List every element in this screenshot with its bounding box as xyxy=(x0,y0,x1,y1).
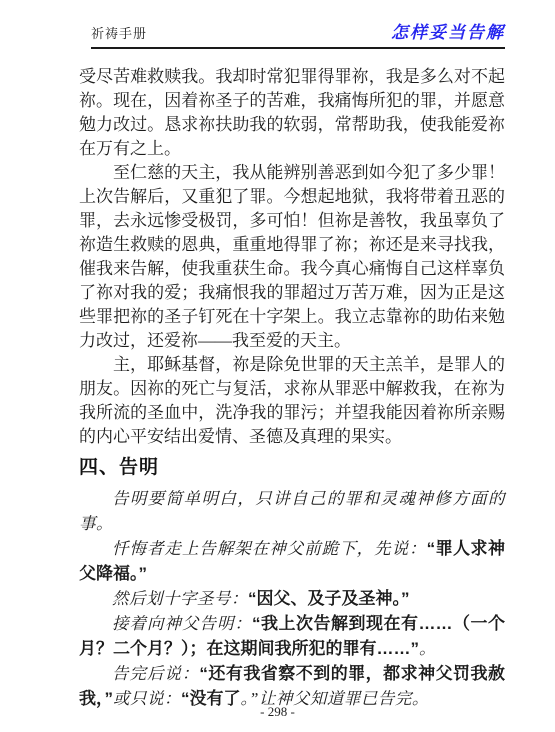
text-run: 然后划十字圣号： xyxy=(112,589,248,608)
section-heading: 四、告明 xyxy=(79,456,505,480)
text-run: 告完后说： xyxy=(112,664,199,683)
text-run: 接着向神父告明： xyxy=(112,614,252,633)
book-title: 祈祷手册 xyxy=(91,23,147,42)
bold-quote-run: “因父、及子及圣神。” xyxy=(248,589,410,608)
header-rule xyxy=(91,47,505,49)
paragraph: 主，耶稣基督，祢是除免世罪的天主羔羊，是罪人的朋友。因祢的死亡与复活，求祢从罪恶… xyxy=(79,353,505,449)
text-run: 至仁慈的天主，我从能辨别善恶到如今犯了多少罪！上次告解后，又重犯了罪。今想起地狱… xyxy=(79,163,505,350)
page-header: 祈祷手册 怎样妥当告解 xyxy=(91,18,505,43)
paragraph: 告明要简单明白，只讲自己的罪和灵魂神修方面的事。 xyxy=(79,486,505,536)
text-run: 主，耶稣基督，祢是除免世罪的天主羔羊，是罪人的朋友。因祢的死亡与复活，求祢从罪恶… xyxy=(79,355,505,446)
paragraph: 忏悔者走上告解架在神父前跪下，先说：“罪人求神父降福。” xyxy=(79,536,505,586)
text-run: 。 xyxy=(419,639,436,658)
document-page: 祈祷手册 怎样妥当告解 受尽苦难救赎我。我却时常犯罪得罪祢，我是多么对不起祢。现… xyxy=(0,0,555,732)
text-run: 受尽苦难救赎我。我却时常犯罪得罪祢，我是多么对不起祢。现在，因着祢圣子的苦难，我… xyxy=(79,67,505,158)
paragraph: 受尽苦难救赎我。我却时常犯罪得罪祢，我是多么对不起祢。现在，因着祢圣子的苦难，我… xyxy=(79,65,505,161)
paragraph: 至仁慈的天主，我从能辨别善恶到如今犯了多少罪！上次告解后，又重犯了罪。今想起地狱… xyxy=(79,161,505,353)
text-run: 告明要简单明白，只讲自己的罪和灵魂神修方面的事。 xyxy=(79,489,505,533)
text-run: 忏悔者走上告解架在神父前跪下，先说： xyxy=(112,539,427,558)
chapter-title: 怎样妥当告解 xyxy=(391,18,505,43)
paragraph: 然后划十字圣号：“因父、及子及圣神。” xyxy=(79,586,505,611)
page-body: 受尽苦难救赎我。我却时常犯罪得罪祢，我是多么对不起祢。现在，因着祢圣子的苦难，我… xyxy=(79,65,505,711)
page-footer: - 298 - xyxy=(0,704,555,720)
page-number: - 298 - xyxy=(260,704,295,719)
paragraph: 接着向神父告明：“我上次告解到现在有……（一个月？二个月？）；在这期间我所犯的罪… xyxy=(79,611,505,661)
